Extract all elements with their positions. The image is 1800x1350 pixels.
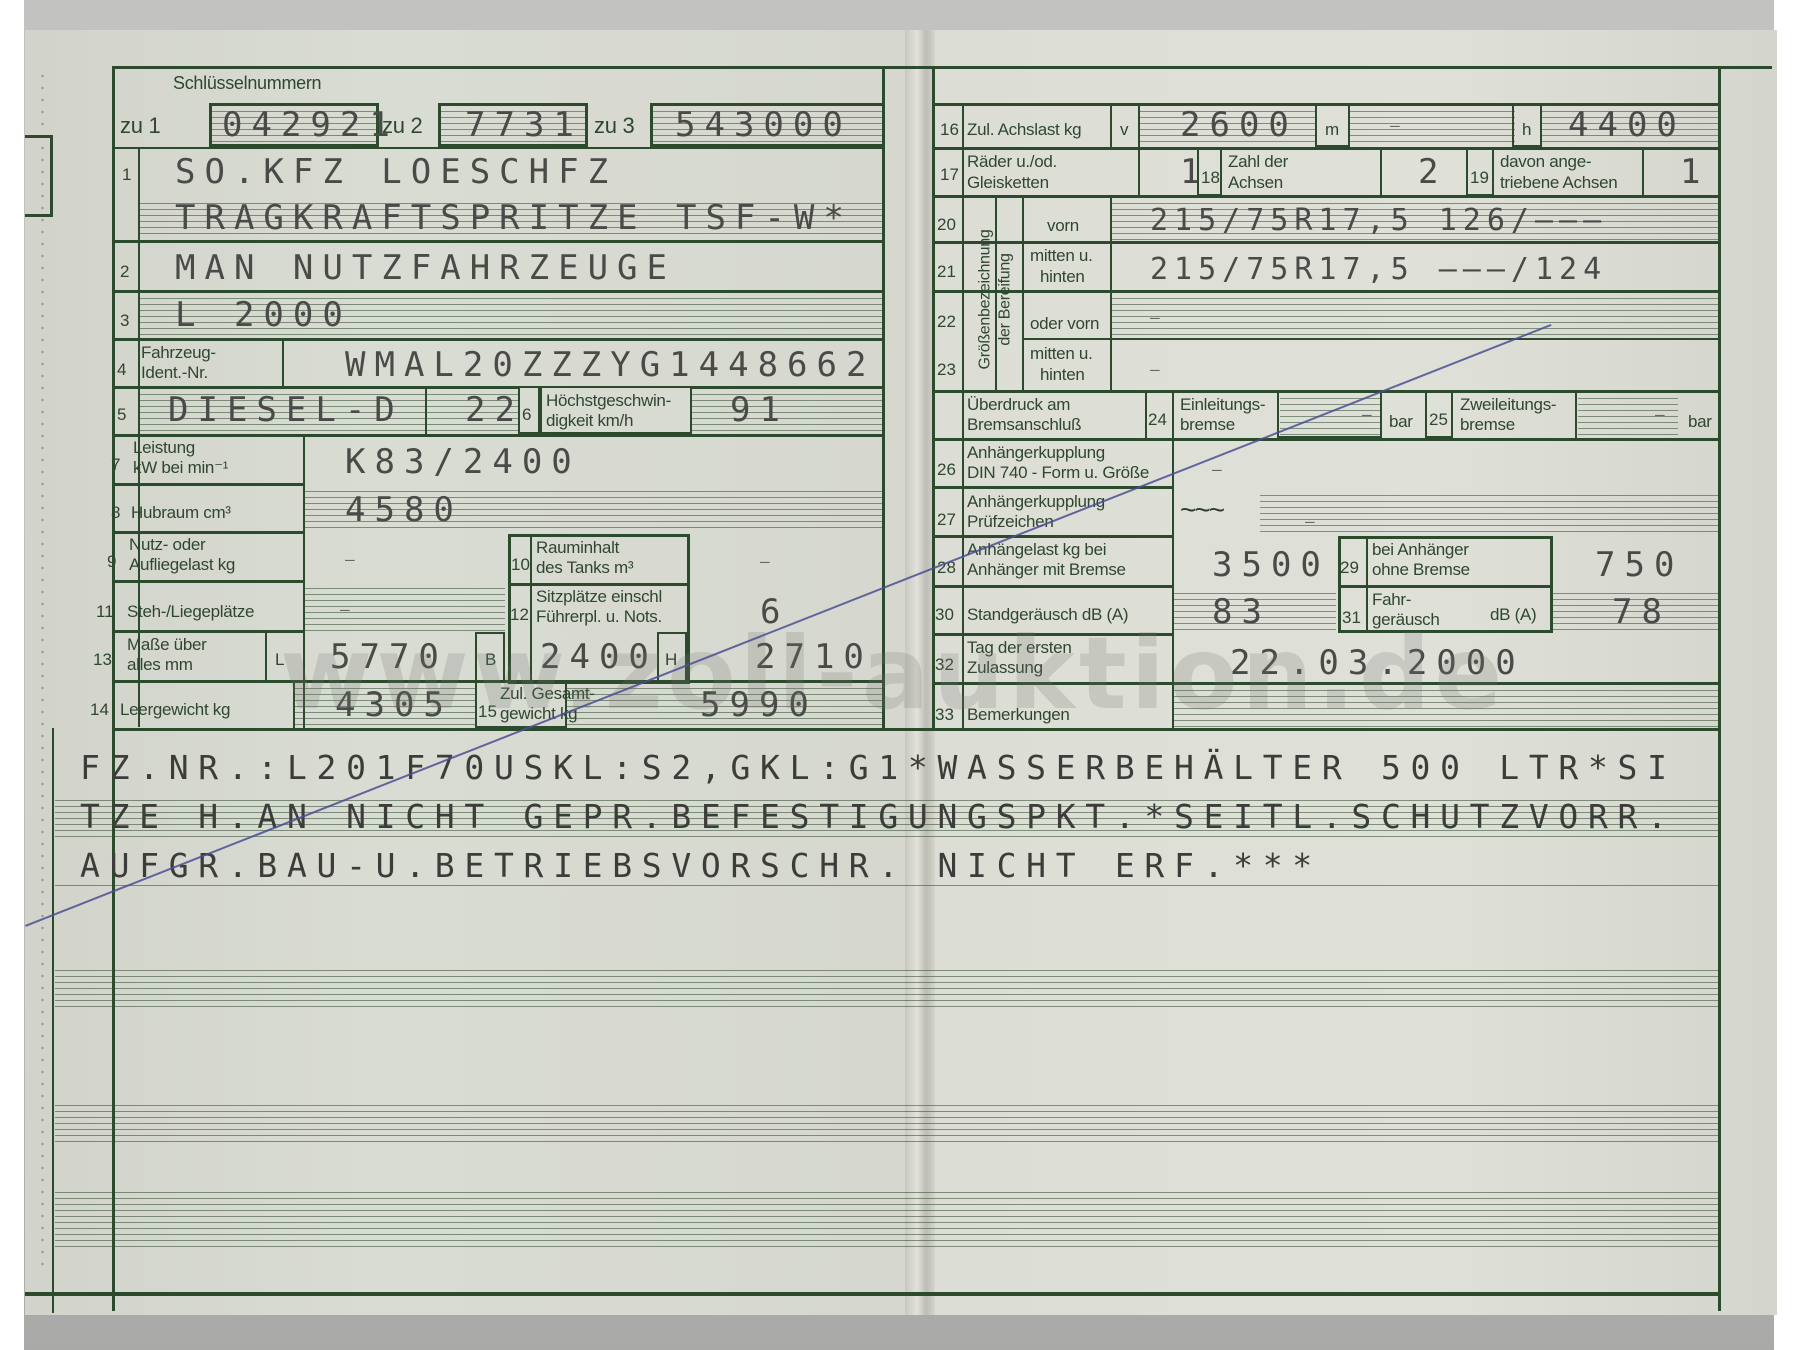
field-19-number: 19 <box>1470 168 1489 187</box>
ruled-bg <box>55 1187 1718 1247</box>
axle-load-front-value: 2600 <box>1180 105 1298 145</box>
field-21-label-line1: mitten u. <box>1030 246 1093 265</box>
ruled-bg <box>55 965 1718 1007</box>
driven-axles-value: 1 <box>1680 152 1709 192</box>
field-21-number: 21 <box>937 262 956 281</box>
max-speed-value: 91 <box>730 390 789 430</box>
field-13-label-line1: Maße über <box>127 635 207 654</box>
field-9-label-line2: Aufliegelast kg <box>129 555 235 574</box>
field-9-number: 9 <box>107 552 116 571</box>
row-rule <box>112 630 304 633</box>
coupling-form-value: — <box>1212 460 1222 479</box>
field-31-label-line1: Fahr- <box>1372 590 1411 609</box>
key1-value: 042921 <box>222 105 399 145</box>
tyre-alt-front-value: — <box>1150 308 1160 327</box>
ruled-bg <box>1112 293 1718 338</box>
cell-divider <box>1110 103 1112 147</box>
row-rule <box>112 147 882 149</box>
field-5-number: 5 <box>117 405 126 424</box>
driving-noise-value: 78 <box>1612 592 1671 632</box>
axle-load-middle-label: m <box>1325 120 1339 139</box>
key3-value: 543000 <box>675 105 852 145</box>
field-26-number: 26 <box>937 460 956 479</box>
field-27-number: 27 <box>937 510 956 529</box>
cell-divider <box>282 338 284 386</box>
field-14-number: 14 <box>90 700 109 719</box>
cell-divider <box>425 386 427 434</box>
row-rule <box>932 535 1172 538</box>
fuel-code-value: 22 <box>465 390 524 430</box>
key3-label: zu 3 <box>594 116 634 135</box>
row-rule <box>508 583 690 586</box>
image-border-right <box>1774 0 1800 1350</box>
row-rule <box>112 434 882 437</box>
field-23-label-line2: hinten <box>1040 365 1085 384</box>
brake-pressure-label-line1: Überdruck am <box>967 395 1070 414</box>
field-2-value: MAN NUTZFAHRZEUGE <box>175 248 676 288</box>
image-border-left <box>0 0 24 1350</box>
field-18-number: 18 <box>1201 168 1220 187</box>
remarks-line-3: AUFGR.BAU-U.BETRIEBSVORSCHR. NICHT ERF.*… <box>80 846 1322 885</box>
field-1-number: 1 <box>122 165 131 184</box>
field-17-label-line2: Gleisketten <box>967 173 1049 192</box>
field-4-number: 4 <box>117 360 126 379</box>
field-4-label-line2: Ident.-Nr. <box>141 363 208 382</box>
axle-load-front-label: v <box>1120 120 1129 139</box>
field-24-number: 24 <box>1148 410 1167 429</box>
field-8-label: Hubraum cm³ <box>131 503 231 522</box>
key2-value: 7731 <box>465 105 583 145</box>
field-18-label-line2: Achsen <box>1228 173 1283 192</box>
remarks-line-1: FZ.NR.:L201F70USKL:S2,GKL:G1*WASSERBEHÄL… <box>80 748 1677 787</box>
row-rule <box>932 585 1172 588</box>
tyre-rear-value: 215/75R17,5 ———/124 <box>1150 252 1607 287</box>
field-25-label-line1: Zweileitungs- <box>1460 395 1556 414</box>
field-29-number: 29 <box>1340 558 1359 577</box>
top-rule <box>112 66 1772 69</box>
field-1-line2: TRAGKRAFTSPRITZE TSF-W* <box>175 198 853 238</box>
bottom-rule <box>25 1292 1720 1296</box>
coupling-test-mark-extra: — <box>1305 512 1315 531</box>
payload-value: — <box>345 550 355 569</box>
trailer-load-unbraked-value: 750 <box>1595 545 1683 585</box>
right-form-right-border <box>1718 66 1721 1311</box>
ruled-bg <box>1350 106 1515 146</box>
axle-load-middle-value: — <box>1390 116 1400 135</box>
field-4-label-line1: Fahrzeug- <box>141 343 216 362</box>
row-rule <box>1338 585 1553 588</box>
cell-divider <box>1642 147 1644 195</box>
tyre-front-value: 215/75R17,5 126/——— <box>1150 203 1607 238</box>
row-rule <box>112 483 304 486</box>
field-11-number: 11 <box>96 602 114 621</box>
field-28-label-line1: Anhängelast kg bei <box>967 540 1106 559</box>
row-rule <box>932 438 1720 441</box>
perforation-edge <box>41 70 44 1270</box>
field-16-number: 16 <box>940 120 959 139</box>
tank-value: — <box>760 552 770 571</box>
field-19-label-line2: triebene Achsen <box>1500 173 1617 192</box>
stub-box <box>25 135 53 217</box>
coupling-test-mark-value: ~~~ <box>1180 500 1223 519</box>
row-rule <box>112 240 882 243</box>
row-rule <box>1022 338 1718 340</box>
field-13-number: 13 <box>93 650 112 669</box>
field-29-label-line2: ohne Bremse <box>1372 560 1470 579</box>
field-10-number: 10 <box>511 555 530 574</box>
cell-divider <box>1145 390 1147 438</box>
field-24-label-line1: Einleitungs- <box>1180 395 1265 414</box>
field-6-label-line1: Höchstgeschwin- <box>546 391 671 410</box>
field-21-label-line2: hinten <box>1040 267 1085 286</box>
field-20-label: vorn <box>1047 216 1079 235</box>
row-rule <box>112 338 882 341</box>
field-9-label-line1: Nutz- oder <box>129 535 205 554</box>
field-17-number: 17 <box>940 165 959 184</box>
vin-value: WMAL20ZZZYG1448662 <box>345 345 875 385</box>
field-19-label-line1: davon ange- <box>1500 152 1591 171</box>
field-24-label-line2: bremse <box>1180 415 1235 434</box>
field-26-label-line2: DIN 740 - Form u. Größe <box>967 463 1149 482</box>
brake-pressure-label-line2: Bremsanschluß <box>967 415 1081 434</box>
key2-label: zu 2 <box>382 116 422 135</box>
field-25-label-line2: bremse <box>1460 415 1515 434</box>
field-6-number: 6 <box>522 405 531 424</box>
field-20-number: 20 <box>937 215 956 234</box>
field-7-label-line1: Leistung <box>133 438 195 457</box>
key-numbers-heading: Schlüsselnummern <box>173 74 321 93</box>
field-7-number: 7 <box>111 455 120 474</box>
field-3-number: 3 <box>120 311 129 330</box>
field-1-line1: SO.KFZ LOESCHFZ <box>175 152 617 192</box>
power-value: K83/2400 <box>345 442 581 482</box>
field-29-label-line1: bei Anhänger <box>1372 540 1469 559</box>
field-14-label: Leergewicht kg <box>120 700 230 719</box>
field-17-label-line1: Räder u./od. <box>967 152 1057 171</box>
cell-divider <box>265 632 267 680</box>
field-27-label-line2: Prüfzeichen <box>967 512 1053 531</box>
field-23-label-line1: mitten u. <box>1030 344 1093 363</box>
displacement-value: 4580 <box>345 490 463 530</box>
single-line-brake-unit: bar <box>1389 412 1413 431</box>
field-10-label-line2: des Tanks m³ <box>536 558 633 577</box>
cell-divider <box>1138 147 1140 195</box>
field-18-label-line1: Zahl der <box>1228 152 1288 171</box>
field-22-number: 22 <box>937 312 956 331</box>
key1-label: zu 1 <box>120 116 160 135</box>
field-3-value: L 2000 <box>175 295 352 335</box>
field-28-label-line2: Anhänger mit Bremse <box>967 560 1126 579</box>
watermark: www.zoll-auktion.de <box>280 615 1506 732</box>
field-13-label-line2: alles mm <box>127 655 193 674</box>
field-22-label: oder vorn <box>1030 314 1099 333</box>
field-23-number: 23 <box>937 360 956 379</box>
ruled-bg <box>1260 490 1718 536</box>
field-8-number: 8 <box>111 503 120 522</box>
cell-divider <box>1575 390 1577 438</box>
axle-load-rear-value: 4400 <box>1568 105 1686 145</box>
row-rule <box>932 241 1720 244</box>
field-6-label-line2: digkeit km/h <box>546 411 633 430</box>
field-11-label: Steh-/Liegeplätze <box>127 602 254 621</box>
ruled-bg <box>55 1100 1718 1145</box>
field-2-number: 2 <box>120 262 129 281</box>
remarks-left-border <box>52 728 54 1313</box>
tyre-alt-rear-value: — <box>1150 360 1160 379</box>
cell-divider <box>1172 390 1174 438</box>
fuel-type-value: DIESEL-D <box>168 390 404 430</box>
row-rule <box>932 147 1720 150</box>
dual-line-brake-unit: bar <box>1688 412 1712 431</box>
remarks-line-2: TZE H.AN NICHT GEPR.BEFESTIGUNGSPKT.*SEI… <box>80 797 1677 836</box>
field-25-number: 25 <box>1429 410 1448 429</box>
trailer-load-braked-value: 3500 <box>1212 545 1330 585</box>
field-26-label-line1: Anhängerkupplung <box>967 443 1105 462</box>
dual-line-brake-value: — <box>1655 405 1665 424</box>
field-10-label-line1: Rauminhalt <box>536 538 619 557</box>
row-rule <box>112 580 304 583</box>
field-7-label-line2: kW bei min⁻¹ <box>133 458 228 477</box>
cell-divider <box>1380 147 1382 195</box>
axles-value: 2 <box>1418 152 1447 192</box>
single-line-brake-value: — <box>1362 405 1372 424</box>
field-12-label-line1: Sitzplätze einschl <box>536 587 662 606</box>
axle-load-rear-label: h <box>1522 120 1531 139</box>
field-16-label: Zul. Achslast kg <box>967 120 1081 139</box>
row-rule <box>112 531 304 534</box>
